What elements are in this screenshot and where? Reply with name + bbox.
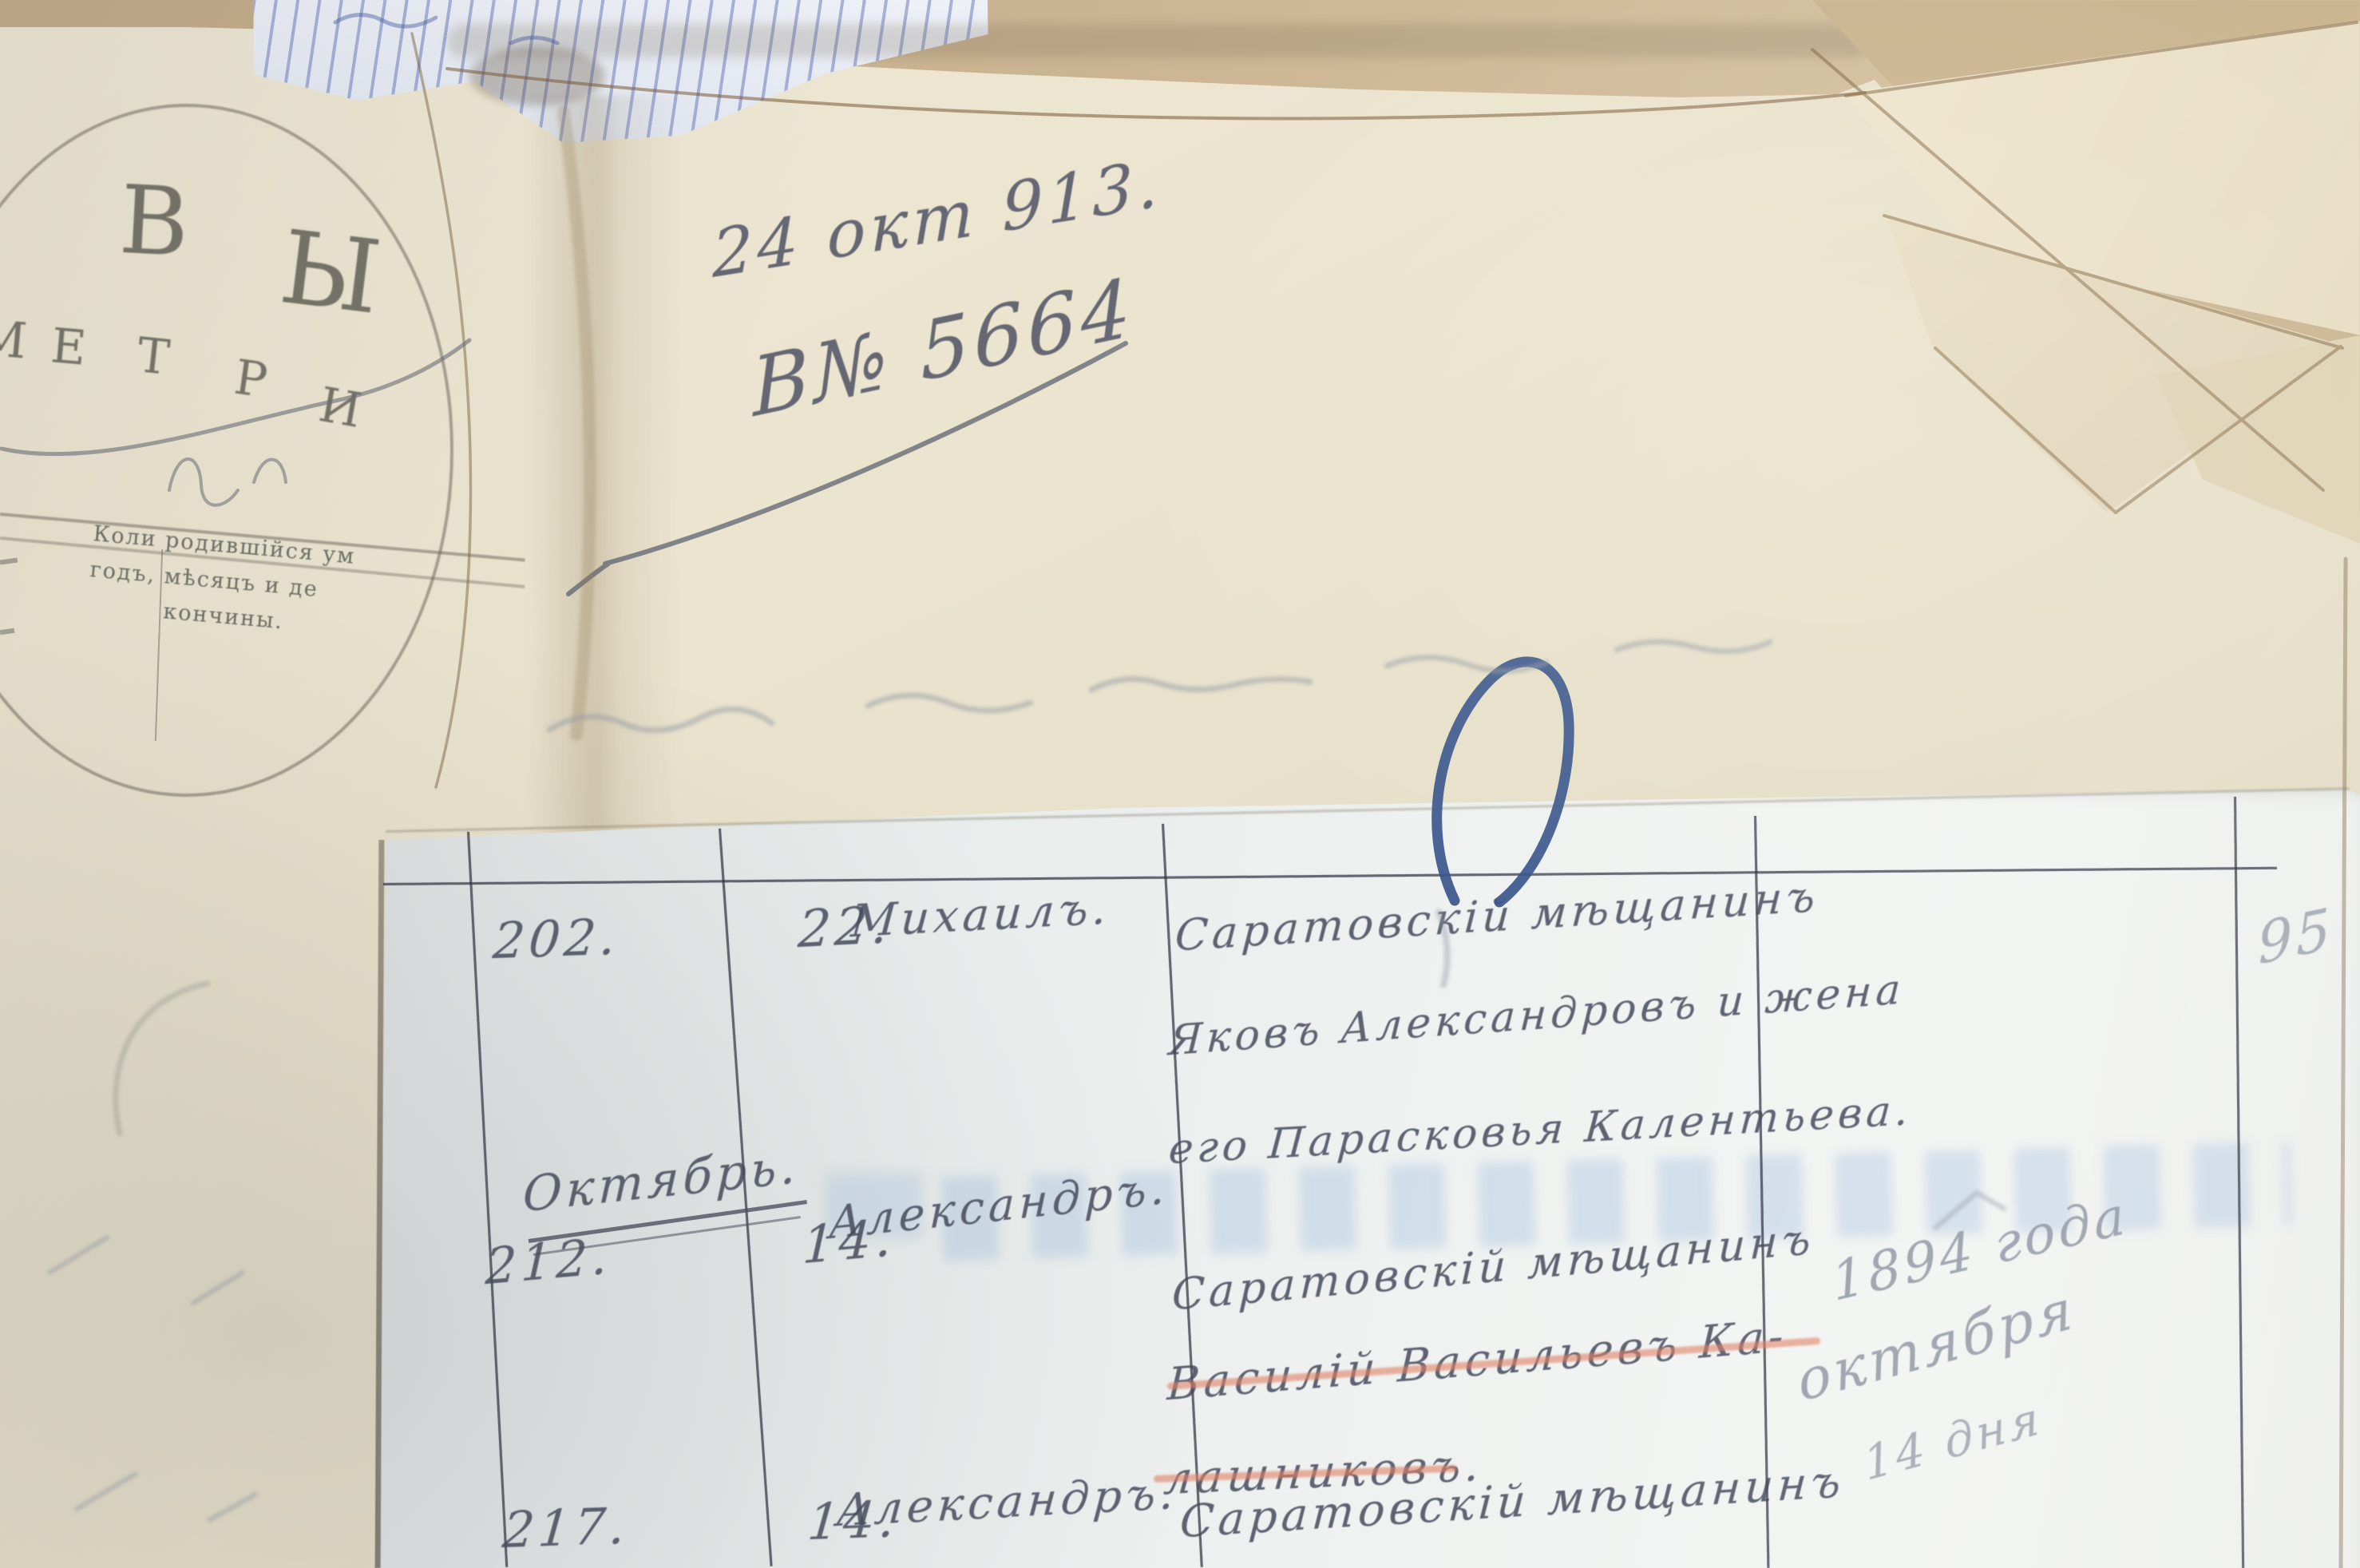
page-gutter-shadow	[527, 96, 679, 854]
printed-letter-t: Т	[134, 327, 172, 386]
row-212-number: 212.	[485, 1226, 612, 1296]
printed-letter-y: Ы	[275, 208, 387, 337]
row-217-number: 217.	[501, 1496, 632, 1559]
archival-photo: В Ы М Е Т Р И Коли родившійся ум годъ, м…	[0, 0, 2360, 1568]
printed-letter-m-partial: М	[0, 307, 30, 370]
printed-letter-e: Е	[49, 318, 89, 377]
row-202-number: 202.	[491, 907, 622, 970]
page-top-smudge	[447, 24, 1868, 57]
printed-letter-v: В	[117, 164, 192, 278]
